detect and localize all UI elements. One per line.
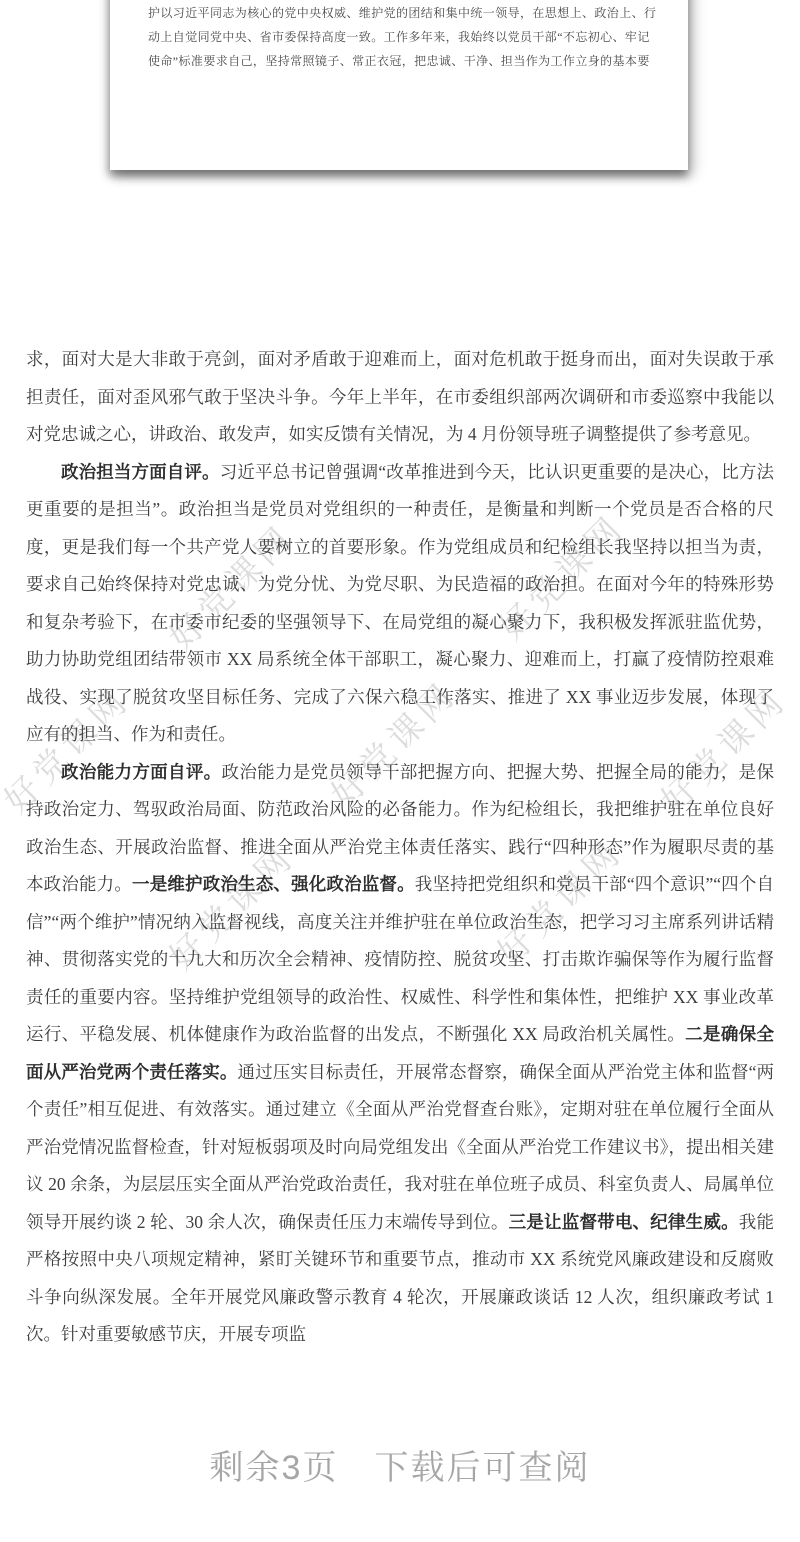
paragraph-heading: 政治担当方面自评。 bbox=[61, 462, 220, 482]
remaining-pages-notice: 剩余3页下载后可查阅 bbox=[0, 1440, 800, 1489]
preview-line: 使命”标准要求自己，坚持常照镜子、常正衣冠，把忠诚、干净、担当作为工作立身的基本… bbox=[148, 49, 658, 73]
paragraph-heading: 三是让监督带电、纪律生威。 bbox=[509, 1212, 739, 1232]
document-paragraph-2: 政治担当方面自评。习近平总书记曾强调“改革推进到今天，比认识更重要的是决心，比方… bbox=[26, 454, 774, 754]
document-body: 求，面对大是大非敢于亮剑，面对矛盾敢于迎难而上，面对危机敢于挺身而出，面对失误敢… bbox=[0, 341, 800, 1354]
paragraph-heading: 一是维护政治生态、强化政治监督。 bbox=[132, 874, 415, 894]
paragraph-text: 求，面对大是大非敢于亮剑，面对矛盾敢于迎难而上，面对危机敢于挺身而出，面对失误敢… bbox=[26, 349, 774, 444]
document-paragraph-1: 求，面对大是大非敢于亮剑，面对矛盾敢于迎难而上，面对危机敢于挺身而出，面对失误敢… bbox=[26, 341, 774, 454]
paragraph-heading: 政治能力方面自评。 bbox=[61, 762, 222, 782]
paragraph-text: 我坚持把党组织和党员干部“四个意识”“四个自信”“两个维护”情况纳入监督视线，高… bbox=[26, 874, 774, 1044]
document-paragraph-3: 政治能力方面自评。政治能力是党员领导干部把握方向、把握大势、把握全局的能力，是保… bbox=[26, 754, 774, 1354]
preview-line: 动上自觉同党中央、省市委保持高度一致。工作多年来，我始终以党员干部“不忘初心、牢… bbox=[148, 25, 658, 49]
preview-line: 护以习近平同志为核心的党中央权威、维护党的团结和集中统一领导，在思想上、政治上、… bbox=[148, 1, 658, 25]
download-hint-text: 下载后可查阅 bbox=[374, 1449, 590, 1487]
remaining-pages-text: 剩余3页 bbox=[210, 1449, 339, 1487]
paragraph-text: 通过压实目标责任，开展常态督察，确保全面从严治党主体和监督“两个责任”相互促进、… bbox=[26, 1062, 774, 1232]
paragraph-text: 习近平总书记曾强调“改革推进到今天，比认识更重要的是决心，比方法更重要的是担当”… bbox=[26, 462, 774, 745]
page-preview-card: 护以习近平同志为核心的党中央权威、维护党的团结和集中统一领导，在思想上、政治上、… bbox=[110, 0, 688, 170]
document-preview-page: 护以习近平同志为核心的党中央权威、维护党的团结和集中统一领导，在思想上、政治上、… bbox=[0, 0, 800, 1542]
